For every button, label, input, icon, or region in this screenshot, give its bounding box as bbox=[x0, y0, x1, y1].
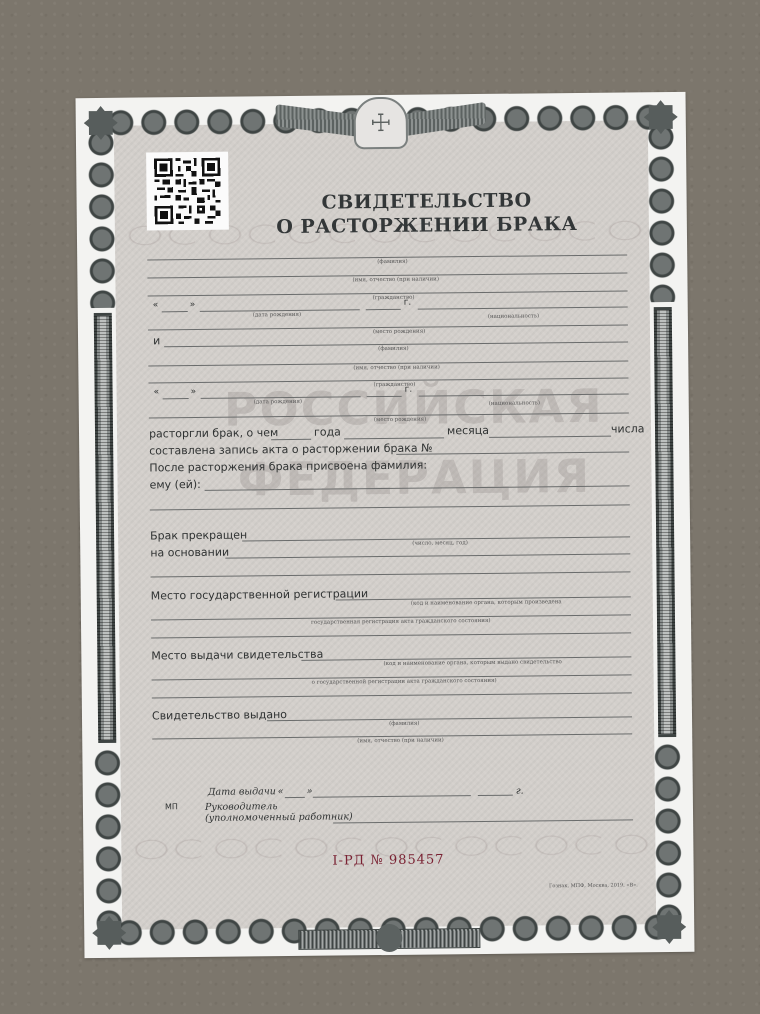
title-line-2: О РАСТОРЖЕНИИ БРАКА bbox=[227, 211, 627, 239]
bottom-seal-ornament bbox=[298, 928, 480, 950]
certificate-title: СВИДЕТЕЛЬСТВО О РАСТОРЖЕНИИ БРАКА bbox=[227, 187, 627, 239]
guilloche-field bbox=[114, 120, 656, 930]
certificate-sheet: ☩ bbox=[76, 92, 695, 958]
stamp-place: МП bbox=[165, 802, 178, 811]
state-emblem: ☩ bbox=[276, 96, 486, 146]
ornament-band-bottom bbox=[121, 804, 656, 890]
photo-background: ☩ bbox=[0, 0, 760, 1014]
printer-imprint: Гознак, МПФ, Москва, 2019, «В». bbox=[549, 882, 638, 889]
issue-day-line[interactable] bbox=[285, 797, 305, 798]
double-headed-eagle-icon: ☩ bbox=[354, 97, 409, 150]
qr-code-icon bbox=[146, 152, 229, 231]
